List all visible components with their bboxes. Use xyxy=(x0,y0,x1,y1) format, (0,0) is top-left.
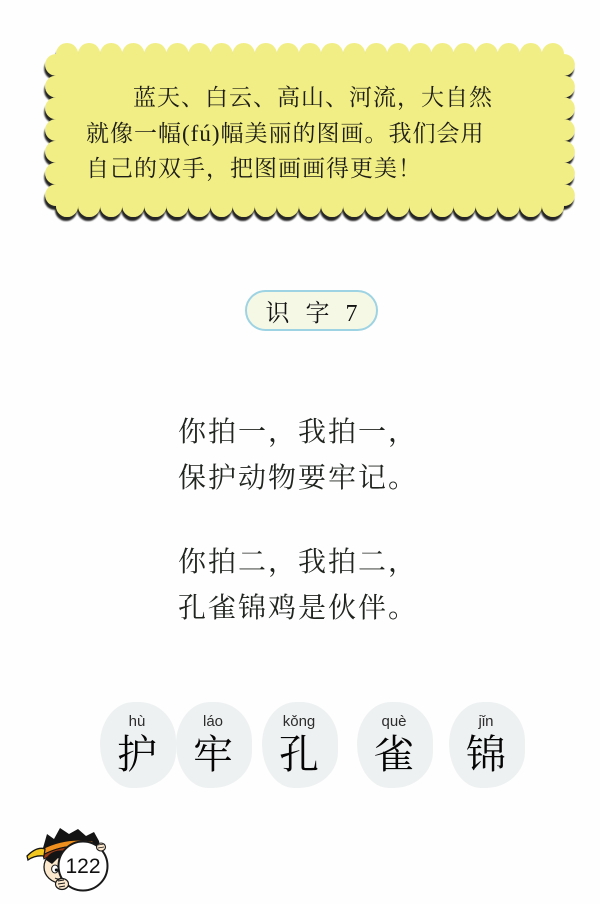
poem-line: 你拍二，我拍二， xyxy=(178,540,418,586)
char-item-kong: kǒng 孔 xyxy=(254,712,344,778)
pinyin-label: kǒng xyxy=(254,712,344,732)
char-item-jin: jǐn 锦 xyxy=(441,712,531,778)
page-number: 122 xyxy=(65,855,100,878)
pinyin-label: láo xyxy=(168,712,258,732)
note-line: 蓝天、白云、高山、河流，大自然 xyxy=(86,80,542,116)
poem-line: 你拍一，我拍一， xyxy=(178,410,418,456)
poem: 你拍一，我拍一， 保护动物要牢记。 你拍二，我拍二， 孔雀锦鸡是伙伴。 xyxy=(178,410,418,670)
hanzi-char: 孔 xyxy=(254,732,344,778)
char-item-lao: láo 牢 xyxy=(168,712,258,778)
pinyin-label: què xyxy=(349,712,439,732)
hanzi-char: 雀 xyxy=(349,732,439,778)
textbook-page: 蓝天、白云、高山、河流，大自然 就像一幅(fú)幅美丽的图画。我们会用 自己的双… xyxy=(0,0,600,904)
char-item-que: què 雀 xyxy=(349,712,439,778)
lesson-badge-label: 识 字 7 xyxy=(266,293,363,328)
poem-line: 保护动物要牢记。 xyxy=(178,456,418,502)
hanzi-char: 锦 xyxy=(441,732,531,778)
note-line: 就像一幅(fú)幅美丽的图画。我们会用 xyxy=(86,116,542,152)
pinyin-label: jǐn xyxy=(441,712,531,732)
poem-line: 孔雀锦鸡是伙伴。 xyxy=(178,586,418,632)
poem-stanza-2: 你拍二，我拍二， 孔雀锦鸡是伙伴。 xyxy=(178,540,418,632)
note-line: 自己的双手，把图画画得更美！ xyxy=(86,151,542,187)
pupil-icon xyxy=(55,869,58,872)
visor-icon xyxy=(27,848,45,860)
lesson-badge: 识 字 7 xyxy=(245,290,378,331)
poem-stanza-1: 你拍一，我拍一， 保护动物要牢记。 xyxy=(178,410,418,502)
boy-mascot-icon: 122 xyxy=(25,822,115,898)
hanzi-char: 牢 xyxy=(168,732,258,778)
note-text: 蓝天、白云、高山、河流，大自然 就像一幅(fú)幅美丽的图画。我们会用 自己的双… xyxy=(86,80,542,187)
